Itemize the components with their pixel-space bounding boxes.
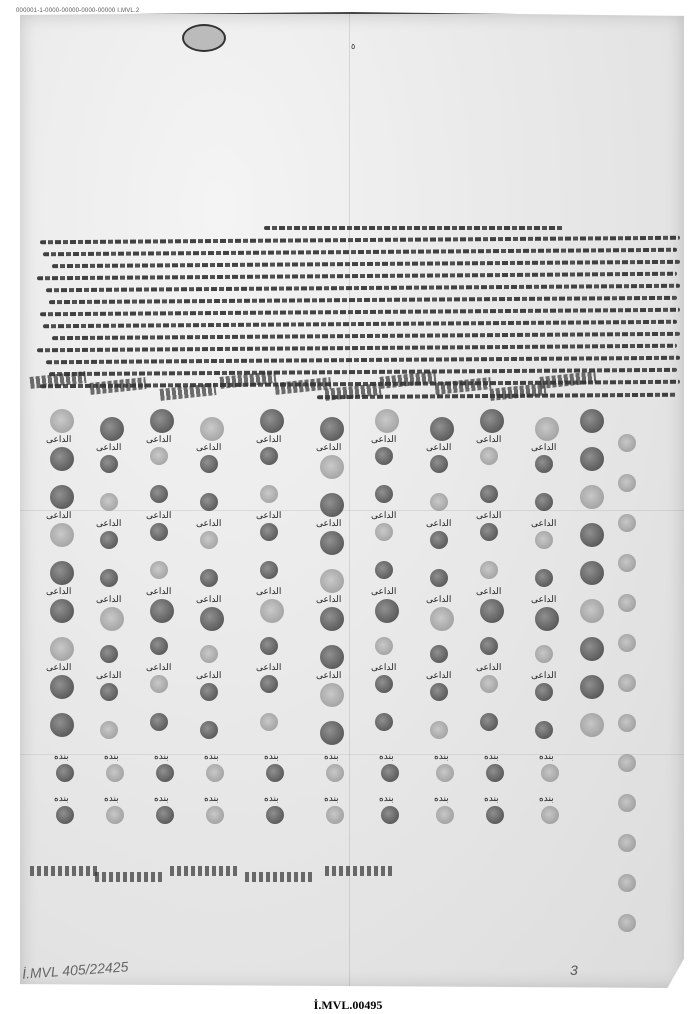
seal-icon xyxy=(100,569,118,587)
seal-label: الداعی xyxy=(96,595,121,605)
seal-icon xyxy=(200,531,218,549)
seal-label: الداعی xyxy=(46,435,71,445)
seal-icon xyxy=(375,675,393,693)
seal-icon xyxy=(100,721,118,739)
seal-icon xyxy=(480,485,498,503)
seal-label: بنده xyxy=(154,752,169,762)
text-line xyxy=(40,308,680,316)
seal-icon xyxy=(150,599,174,623)
seal-icon xyxy=(430,607,454,631)
document-paper: ٥ الداعیالداعیالداعیالداعیالداعیالداعیال… xyxy=(20,12,684,988)
text-line xyxy=(49,296,677,304)
seal-label: بنده xyxy=(434,794,449,804)
seal-icon xyxy=(535,455,553,473)
seal-icon xyxy=(260,523,278,541)
seal-icon xyxy=(618,874,636,892)
seal-icon xyxy=(430,493,448,511)
signatory-name xyxy=(30,371,87,389)
seal-icon xyxy=(580,599,604,623)
seal-icon xyxy=(50,713,74,737)
seal-icon xyxy=(580,637,604,661)
text-line xyxy=(37,344,677,352)
seal-icon xyxy=(260,637,278,655)
seal-label: الداعی xyxy=(426,671,451,681)
seal-label: الداعی xyxy=(531,671,556,681)
seal-label: بنده xyxy=(379,752,394,762)
seal-icon xyxy=(430,645,448,663)
seal-icon xyxy=(150,561,168,579)
seal-icon xyxy=(320,569,344,593)
bottom-signature xyxy=(245,872,315,882)
seal-icon xyxy=(430,417,454,441)
seal-label: بنده xyxy=(54,794,69,804)
seal-icon xyxy=(580,561,604,585)
seal-icon xyxy=(266,806,284,824)
seal-icon xyxy=(535,417,559,441)
seal-icon xyxy=(326,806,344,824)
text-line xyxy=(40,236,680,244)
seal-icon xyxy=(56,764,74,782)
bottom-signature xyxy=(30,866,100,876)
seal-icon xyxy=(430,683,448,701)
archive-stamp-icon xyxy=(182,24,226,52)
seal-icon xyxy=(106,764,124,782)
seal-icon xyxy=(535,683,553,701)
seal-icon xyxy=(100,607,124,631)
seal-icon xyxy=(150,447,168,465)
seal-label: بنده xyxy=(204,752,219,762)
seal-icon xyxy=(320,721,344,745)
seal-icon xyxy=(480,561,498,579)
seal-icon xyxy=(480,675,498,693)
seal-icon xyxy=(100,455,118,473)
seal-icon xyxy=(535,493,553,511)
seal-icon xyxy=(100,683,118,701)
seal-icon xyxy=(320,417,344,441)
seal-icon xyxy=(375,713,393,731)
signatory-name xyxy=(275,377,332,395)
seal-icon xyxy=(486,764,504,782)
seal-label: الداعی xyxy=(531,443,556,453)
signatory-name xyxy=(220,371,277,389)
seal-icon xyxy=(50,447,74,471)
seal-icon xyxy=(480,713,498,731)
seal-icon xyxy=(320,683,344,707)
seal-icon xyxy=(100,645,118,663)
signatory-name xyxy=(435,377,492,395)
seal-icon xyxy=(486,806,504,824)
seal-label: الداعی xyxy=(476,663,501,673)
seal-label: الداعی xyxy=(96,671,121,681)
seal-label: الداعی xyxy=(476,435,501,445)
seal-icon xyxy=(320,645,344,669)
seal-icon xyxy=(480,447,498,465)
seal-icon xyxy=(535,531,553,549)
seal-icon xyxy=(200,683,218,701)
seal-label: بنده xyxy=(264,794,279,804)
text-line xyxy=(52,332,680,340)
seal-icon xyxy=(580,675,604,699)
seal-icon xyxy=(260,675,278,693)
seal-label: الداعی xyxy=(196,443,221,453)
text-line xyxy=(46,284,680,292)
archive-caption: İ.MVL.00495 xyxy=(0,998,696,1013)
seal-icon xyxy=(320,455,344,479)
seal-icon xyxy=(206,806,224,824)
seal-icon xyxy=(56,806,74,824)
seal-icon xyxy=(260,409,284,433)
seal-label: الداعی xyxy=(256,435,281,445)
seal-icon xyxy=(375,523,393,541)
seal-label: الداعی xyxy=(316,519,341,529)
seal-icon xyxy=(260,485,278,503)
seal-icon xyxy=(326,764,344,782)
seal-icon xyxy=(580,523,604,547)
seal-label: بنده xyxy=(539,794,554,804)
seal-label: بنده xyxy=(204,794,219,804)
seal-label: الداعی xyxy=(531,519,556,529)
seal-label: الداعی xyxy=(371,587,396,597)
seal-label: الداعی xyxy=(316,671,341,681)
signatory-name xyxy=(325,383,382,401)
seal-icon xyxy=(618,674,636,692)
seal-label: بنده xyxy=(154,794,169,804)
text-line xyxy=(43,320,677,328)
seal-icon xyxy=(430,531,448,549)
fold-line-vertical xyxy=(349,14,350,988)
seal-icon xyxy=(150,485,168,503)
seal-label: الداعی xyxy=(256,663,281,673)
seal-icon xyxy=(106,806,124,824)
seal-icon xyxy=(50,485,74,509)
seal-icon xyxy=(200,455,218,473)
seal-label: الداعی xyxy=(146,435,171,445)
seal-label: بنده xyxy=(104,752,119,762)
seal-icon xyxy=(50,409,74,433)
seal-label: الداعی xyxy=(196,519,221,529)
seal-icon xyxy=(150,637,168,655)
seal-label: الداعی xyxy=(426,595,451,605)
seal-icon xyxy=(375,637,393,655)
seal-icon xyxy=(375,409,399,433)
seal-icon xyxy=(50,561,74,585)
seal-label: الداعی xyxy=(316,595,341,605)
signatory-name xyxy=(380,371,437,389)
seal-label: بنده xyxy=(434,752,449,762)
seal-icon xyxy=(541,764,559,782)
seal-icon xyxy=(618,634,636,652)
seal-icon xyxy=(541,806,559,824)
seal-label: بنده xyxy=(379,794,394,804)
seal-label: الداعی xyxy=(426,443,451,453)
fold-line-horizontal-lower xyxy=(20,754,684,755)
seal-icon xyxy=(320,493,344,517)
seal-label: الداعی xyxy=(146,663,171,673)
bottom-signature xyxy=(95,872,165,882)
seal-label: بنده xyxy=(104,794,119,804)
seal-icon xyxy=(580,447,604,471)
seal-icon xyxy=(200,607,224,631)
seal-icon xyxy=(50,637,74,661)
seal-icon xyxy=(480,523,498,541)
seal-icon xyxy=(100,417,124,441)
seal-icon xyxy=(150,675,168,693)
seal-icon xyxy=(580,485,604,509)
text-line xyxy=(37,272,677,280)
seal-icon xyxy=(375,447,393,465)
seal-icon xyxy=(200,645,218,663)
signatory-name xyxy=(90,377,147,395)
bottom-signature xyxy=(325,866,395,876)
signatory-names-row xyxy=(20,374,684,414)
seal-icon xyxy=(580,713,604,737)
seal-icon xyxy=(320,531,344,555)
seal-icon xyxy=(618,714,636,732)
text-line xyxy=(43,248,677,256)
seal-icon xyxy=(260,713,278,731)
seal-icon xyxy=(618,754,636,772)
seal-icon xyxy=(618,794,636,812)
seal-icon xyxy=(100,531,118,549)
seal-icon xyxy=(430,569,448,587)
seal-icon xyxy=(430,455,448,473)
seal-label: بنده xyxy=(54,752,69,762)
seal-icon xyxy=(535,645,553,663)
seal-icon xyxy=(50,599,74,623)
text-line xyxy=(46,356,680,364)
seal-label: الداعی xyxy=(146,587,171,597)
seal-label: بنده xyxy=(484,794,499,804)
seal-icon xyxy=(156,764,174,782)
seal-icon xyxy=(375,599,399,623)
signatory-name xyxy=(160,383,217,401)
seal-icon xyxy=(430,721,448,739)
seal-icon xyxy=(618,474,636,492)
seal-icon xyxy=(260,447,278,465)
seal-label: الداعی xyxy=(146,511,171,521)
seal-label: الداعی xyxy=(531,595,556,605)
seal-label: الداعی xyxy=(476,587,501,597)
seal-icon xyxy=(535,721,553,739)
seal-icon xyxy=(436,764,454,782)
bottom-signature xyxy=(170,866,240,876)
seal-label: بنده xyxy=(264,752,279,762)
seal-icon xyxy=(535,607,559,631)
seal-icon xyxy=(206,764,224,782)
seal-label: الداعی xyxy=(256,587,281,597)
seal-icon xyxy=(381,764,399,782)
seal-icon xyxy=(150,409,174,433)
seal-icon xyxy=(320,607,344,631)
seal-icon xyxy=(200,493,218,511)
seal-label: الداعی xyxy=(256,511,281,521)
seal-icon xyxy=(200,721,218,739)
text-line xyxy=(52,260,680,268)
page-mark: ٥ xyxy=(351,42,355,51)
seal-label: الداعی xyxy=(371,663,396,673)
seal-icon xyxy=(480,637,498,655)
seal-icon xyxy=(618,914,636,932)
seal-icon xyxy=(618,434,636,452)
seal-icon xyxy=(50,675,74,699)
seal-label: الداعی xyxy=(96,519,121,529)
seal-icon xyxy=(260,561,278,579)
seal-icon xyxy=(375,485,393,503)
seal-icon xyxy=(535,569,553,587)
seal-label: الداعی xyxy=(46,511,71,521)
seal-label: الداعی xyxy=(316,443,341,453)
seal-icon xyxy=(50,523,74,547)
seal-icon xyxy=(156,806,174,824)
seal-icon xyxy=(150,713,168,731)
seal-icon xyxy=(266,764,284,782)
seal-icon xyxy=(580,409,604,433)
seal-label: الداعی xyxy=(476,511,501,521)
seal-icon xyxy=(200,417,224,441)
seal-label: الداعی xyxy=(96,443,121,453)
seal-label: الداعی xyxy=(196,671,221,681)
seal-icon xyxy=(100,493,118,511)
signatory-name xyxy=(540,371,597,389)
seal-label: الداعی xyxy=(46,587,71,597)
seal-label: بنده xyxy=(539,752,554,762)
fold-line-horizontal xyxy=(20,510,684,511)
text-line xyxy=(264,226,564,230)
seal-icon xyxy=(618,514,636,532)
seal-label: الداعی xyxy=(196,595,221,605)
seal-label: بنده xyxy=(324,794,339,804)
signatory-name xyxy=(490,383,547,401)
seal-icon xyxy=(200,569,218,587)
seal-icon xyxy=(150,523,168,541)
seal-icon xyxy=(260,599,284,623)
seal-label: بنده xyxy=(484,752,499,762)
seal-label: الداعی xyxy=(371,435,396,445)
seal-label: الداعی xyxy=(371,511,396,521)
seal-label: الداعی xyxy=(46,663,71,673)
seal-icon xyxy=(381,806,399,824)
seal-icon xyxy=(618,594,636,612)
seal-icon xyxy=(480,599,504,623)
archive-top-tag: 000001-1-0000-00000-0000-00000 I.MVL.2 xyxy=(16,8,139,14)
seal-label: بنده xyxy=(324,752,339,762)
seal-icon xyxy=(436,806,454,824)
seal-icon xyxy=(480,409,504,433)
seal-icon xyxy=(375,561,393,579)
seal-icon xyxy=(618,554,636,572)
seal-label: الداعی xyxy=(426,519,451,529)
page-number: 3 xyxy=(570,962,578,978)
seal-icon xyxy=(618,834,636,852)
